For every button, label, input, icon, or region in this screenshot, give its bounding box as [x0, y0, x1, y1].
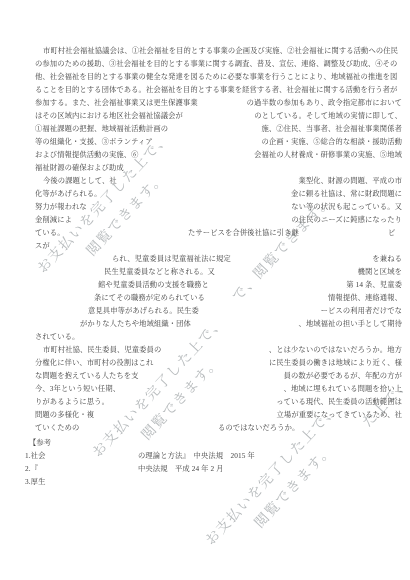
text-fragment: 中央法規 平成 24 年 2 月	[138, 464, 224, 474]
text-fragment: 今、3年という短い任期、	[35, 384, 120, 394]
text-fragment: 市町村社会福祉協議会は、①社会福祉を目的とする事業の企画及び実施、②社会福祉に関…	[43, 46, 398, 56]
text-fragment: 意見具申等があげられる。民生委	[88, 306, 199, 316]
text-fragment: 、地域福祉の担い手として期待	[298, 319, 402, 329]
text-fragment: 員の数が必要であるが、年配の方が	[284, 371, 402, 381]
text-fragment: 第 14 条、児童委	[346, 280, 402, 290]
text-fragment: るのではないだろうか。	[218, 423, 299, 433]
text-line: ていくためのるのではないだろうか。	[0, 423, 410, 434]
text-line: 参加する。また、社会福祉事業又は更生保護事業の過半数の参加もあり、政令指定都市に…	[0, 98, 410, 109]
text-fragment: スが	[35, 241, 50, 251]
text-fragment: ービスの利用者だけでな	[321, 306, 402, 316]
text-fragment: 【参考	[29, 438, 51, 448]
text-fragment: ない等の状況も起こっている。又	[291, 202, 402, 212]
text-fragment: および情報提供活動の実施、⑥	[35, 150, 139, 160]
text-line: 2.『中央法規 平成 24 年 2 月	[0, 464, 410, 475]
text-fragment: 化等があげられる。	[35, 189, 102, 199]
text-line: 努力が報われなない等の状況も起こっている。又	[0, 202, 410, 213]
text-line: ることを目的とする団体である。社会福祉を目的とする事業を経営する者、社会福祉に関…	[0, 85, 410, 96]
text-fragment: 今後の課題として、社	[43, 176, 117, 186]
text-line: 今後の課題として、社業型化、財源の問題、平成の市	[0, 176, 410, 187]
text-fragment: 福祉財源の確保および助成	[35, 163, 124, 173]
text-fragment: 分権化に伴い、市町村の役割はこれ	[35, 358, 153, 368]
text-fragment: のとしている。そして地域の実情に即して、	[254, 111, 402, 121]
text-line: 問題の多様化・複立場が重要になってきているため、社	[0, 410, 410, 421]
text-fragment: 館や児童委員活動の支援を職務と	[98, 280, 209, 290]
text-fragment: 情報提供、連絡通報、	[328, 293, 402, 303]
text-fragment: 会福祉の人材養成・研修事業の実施、⑤地域	[254, 150, 402, 160]
text-fragment: に民生委員の働きは地域により近く、様	[269, 358, 402, 368]
text-fragment: 市町村社協、民生委員、児童委員の	[43, 345, 161, 355]
text-line: な問題を抱えている人たちを支員の数が必要であるが、年配の方が	[0, 371, 410, 382]
text-fragment: 金削減によ	[35, 215, 72, 225]
text-line: りがあるように思う。っている現代、民生委員の活動範囲は	[0, 397, 410, 408]
text-line: されている。	[0, 332, 410, 343]
text-fragment: 条にてその職務が定められている	[94, 293, 205, 303]
text-line: 今、3年という短い任期、、地域に埋もれている問題を拾い上	[0, 384, 410, 395]
text-fragment: 金に頼る社協は、常に財政問題に	[291, 189, 402, 199]
text-fragment: の参加のための援助、③社会福祉を目的とする事業に関する調査、普及、宣伝、連絡、調…	[35, 59, 397, 69]
text-line: がかりな人たちや地域組織・団体、地域福祉の担い手として期待	[0, 319, 410, 330]
text-line: ①福祉課題の把握、地域福祉活動計画の施、②住民、当事者、社会福祉事業関係者	[0, 124, 410, 135]
text-fragment: 2.『	[25, 464, 38, 474]
text-fragment: の過半数の参加もあり、政令指定都市において	[247, 98, 402, 108]
text-fragment: な問題を抱えている人たちを支	[35, 371, 139, 381]
text-line: 1.社会の理論と方法』 中央法規 2015 年	[0, 451, 410, 462]
text-fragment: ビ	[388, 228, 395, 238]
text-line: 市町村社会福祉協議会は、①社会福祉を目的とする事業の企画及び実施、②社会福祉に関…	[0, 46, 410, 57]
text-line: ている。たサービスを合併後社協に引き継ビ	[0, 228, 410, 239]
text-line: 他、社会福祉を目的とする事業の健全な発達を図るために必要な事業を行うことにより、…	[0, 72, 410, 83]
text-fragment: 民生児童委員などと称される。又	[104, 267, 215, 277]
document-page: 市町村社会福祉協議会は、①社会福祉を目的とする事業の企画及び実施、②社会福祉に関…	[0, 0, 410, 580]
text-fragment: の住民のニーズに鈍感になったり	[291, 215, 402, 225]
text-fragment: 他、社会福祉を目的とする事業の健全な発達を図るために必要な事業を行うことにより、…	[35, 72, 397, 82]
text-fragment: 参加する。また、社会福祉事業又は更生保護事業	[35, 98, 198, 108]
text-line: 等の組織化・支援、③ボランティアの企画・実施、⑤総合的な相談・援助活動	[0, 137, 410, 148]
text-line: 【参考	[0, 438, 410, 449]
text-fragment: 1.社会	[25, 451, 45, 461]
text-fragment: 業型化、財源の問題、平成の市	[298, 176, 402, 186]
text-line: 意見具申等があげられる。民生委ービスの利用者だけでな	[0, 306, 410, 317]
text-fragment: ることを目的とする団体である。社会福祉を目的とする事業を経営する者、社会福祉に関…	[35, 85, 397, 95]
text-fragment: がかりな人たちや地域組織・団体	[80, 319, 191, 329]
text-fragment: を兼ねる	[372, 254, 402, 264]
text-fragment: 、とは少ないのではないだろうか。地方	[269, 345, 402, 355]
text-fragment: りがあるように思う。	[35, 397, 109, 407]
text-line: 条にてその職務が定められている情報提供、連絡通報、	[0, 293, 410, 304]
text-line: はその区域内における地区社会福祉協議会がのとしている。そして地域の実情に即して、	[0, 111, 410, 122]
text-fragment: 問題の多様化・複	[35, 410, 94, 420]
text-fragment: 立場が重要になってきているため、社	[277, 410, 402, 420]
text-line: スが	[0, 241, 410, 252]
text-line: の参加のための援助、③社会福祉を目的とする事業に関する調査、普及、宣伝、連絡、調…	[0, 59, 410, 70]
text-fragment: されている。	[35, 332, 79, 342]
text-fragment: 、地域に埋もれている問題を拾い上	[284, 384, 402, 394]
text-fragment: ていくための	[35, 423, 79, 433]
text-fragment: たサービスを合併後社協に引き継	[188, 228, 299, 238]
text-line: 民生児童委員などと称される。又機関と区域を	[0, 267, 410, 278]
text-fragment: っている現代、民生委員の活動範囲は	[276, 397, 402, 407]
text-fragment: の企画・実施、⑤総合的な相談・援助活動	[261, 137, 402, 147]
text-fragment: られ、児童委員は児童福祉法に規定	[112, 254, 231, 264]
text-line: 金削減によの住民のニーズに鈍感になったり	[0, 215, 410, 226]
text-line: および情報提供活動の実施、⑥会福祉の人材養成・研修事業の実施、⑤地域	[0, 150, 410, 161]
text-fragment: 努力が報われな	[35, 202, 87, 212]
text-fragment: ている。	[35, 228, 65, 238]
text-line: 館や児童委員活動の支援を職務と第 14 条、児童委	[0, 280, 410, 291]
text-fragment: 等の組織化・支援、③ボランティア	[35, 137, 153, 147]
text-fragment: 機関と区域を	[358, 267, 402, 277]
text-line: 化等があげられる。金に頼る社協は、常に財政問題に	[0, 189, 410, 200]
text-fragment: 3.厚生	[25, 477, 45, 487]
text-fragment: 施、②住民、当事者、社会福祉事業関係者	[261, 124, 402, 134]
text-line: 3.厚生	[0, 477, 410, 488]
text-fragment: はその区域内における地区社会福祉協議会が	[35, 111, 183, 121]
text-fragment: の理論と方法』 中央法規 2015 年	[138, 451, 255, 461]
text-line: 市町村社協、民生委員、児童委員の、とは少ないのではないだろうか。地方	[0, 345, 410, 356]
text-fragment: ①福祉課題の把握、地域福祉活動計画の	[35, 124, 168, 134]
text-line: 福祉財源の確保および助成	[0, 163, 410, 174]
text-line: 分権化に伴い、市町村の役割はこれに民生委員の働きは地域により近く、様	[0, 358, 410, 369]
text-line: られ、児童委員は児童福祉法に規定を兼ねる	[0, 254, 410, 265]
